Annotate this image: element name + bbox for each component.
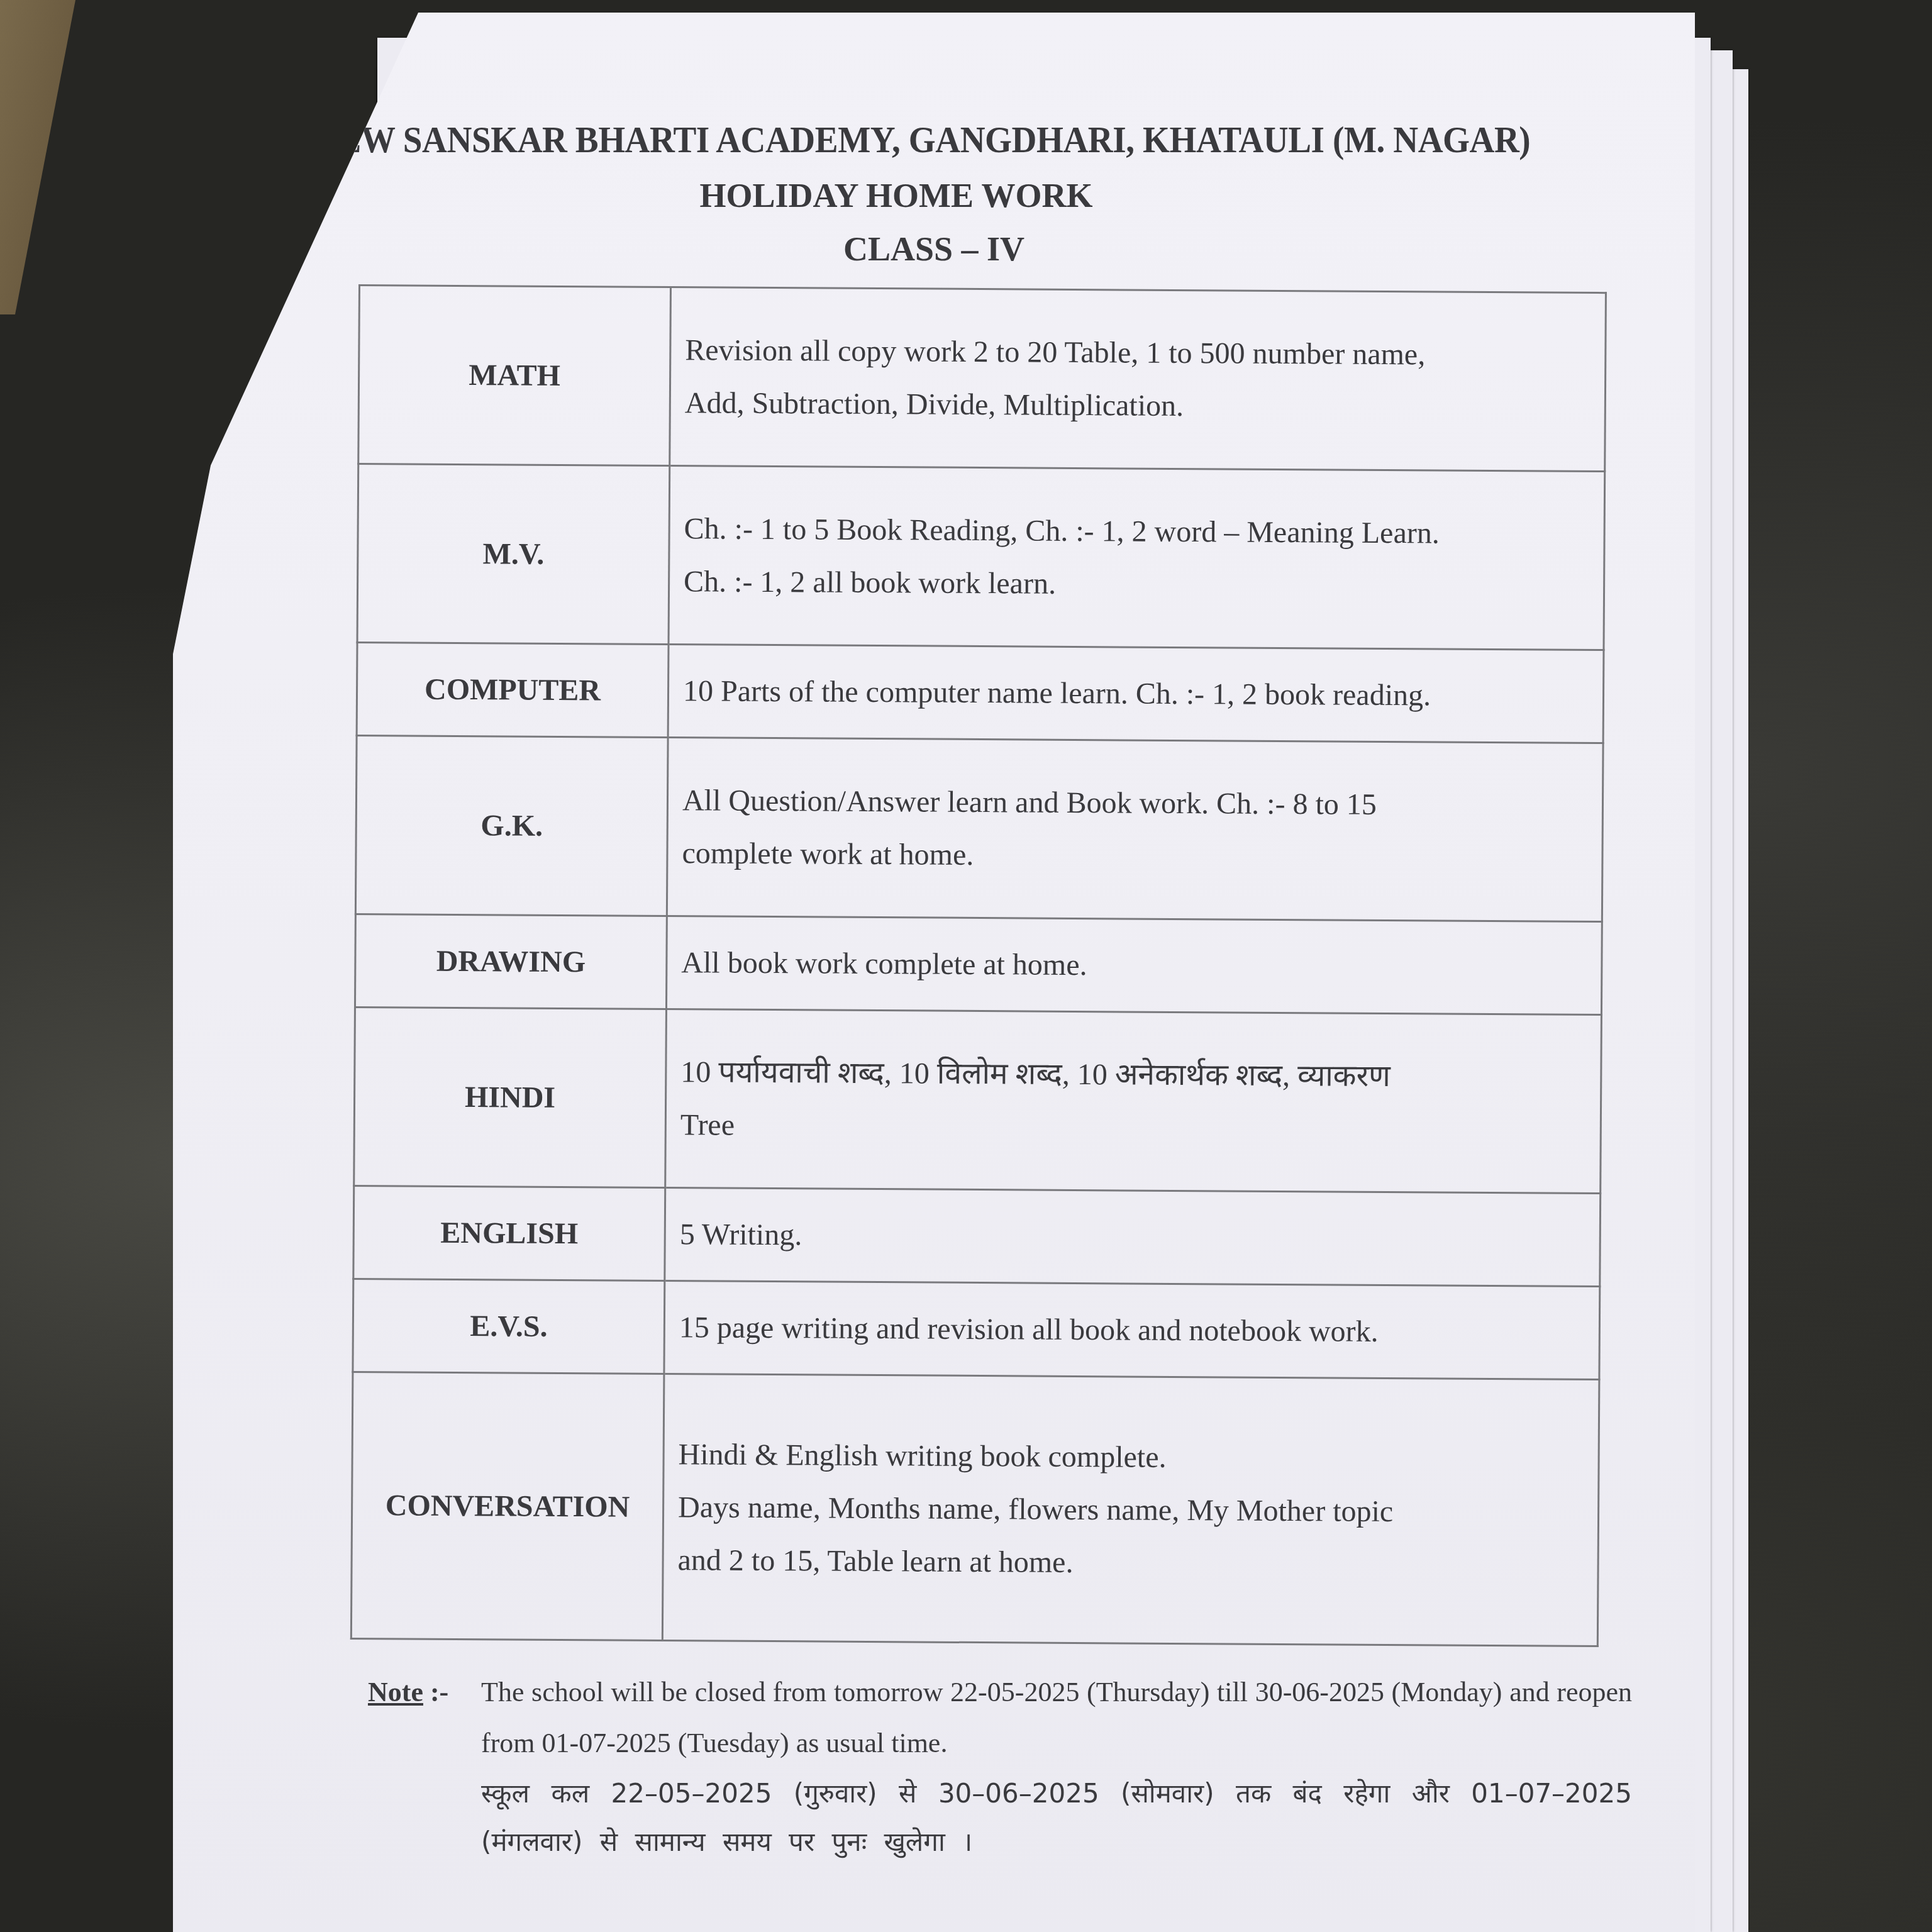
subject-cell: COMPUTER [357, 643, 669, 738]
note-label: Note :- [368, 1667, 448, 1718]
table-row: M.V.Ch. :- 1 to 5 Book Reading, Ch. :- 1… [357, 464, 1605, 650]
task-cell: 15 page writing and revision all book an… [664, 1281, 1600, 1380]
task-line: 15 page writing and revision all book an… [679, 1301, 1587, 1360]
subject-cell: CONVERSATION [351, 1372, 664, 1641]
task-line: All Question/Answer learn and Book work.… [682, 774, 1591, 833]
task-line: Ch. :- 1 to 5 Book Reading, Ch. :- 1, 2 … [684, 502, 1592, 561]
task-line: Add, Subtraction, Divide, Multiplication… [685, 377, 1593, 435]
task-line: Days name, Months name, flowers name, My… [678, 1481, 1586, 1540]
document-title: HOLIDAY HOME WORK [135, 176, 1657, 215]
table-row: ENGLISH5 Writing. [353, 1186, 1601, 1287]
table-row: MATHRevision all copy work 2 to 20 Table… [358, 286, 1606, 472]
subject-cell: DRAWING [355, 914, 667, 1009]
task-line: 10 पर्यायवाची शब्द, 10 विलोम शब्द, 10 अन… [680, 1046, 1589, 1104]
task-cell: Hindi & English writing book complete.Da… [662, 1374, 1599, 1646]
subject-cell: MATH [358, 286, 671, 466]
note-hindi-text: स्कूल कल 22–05–2025 (गुरुवार) से 30–06–2… [481, 1769, 1632, 1867]
closure-note: Note :- The school will be closed from t… [368, 1667, 1632, 1867]
subject-cell: HINDI [354, 1008, 667, 1188]
class-label: CLASS – IV [173, 230, 1695, 269]
task-line: Revision all copy work 2 to 20 Table, 1 … [685, 324, 1593, 382]
subject-cell: M.V. [357, 464, 670, 645]
task-cell: Ch. :- 1 to 5 Book Reading, Ch. :- 1, 2 … [669, 466, 1605, 650]
task-line: and 2 to 15, Table learn at home. [677, 1534, 1585, 1592]
subject-cell: E.V.S. [353, 1279, 665, 1374]
task-cell: All Question/Answer learn and Book work.… [667, 738, 1603, 922]
task-line: Tree [680, 1099, 1589, 1157]
table-row: COMPUTER10 Parts of the computer name le… [357, 643, 1604, 743]
table-row: HINDI10 पर्यायवाची शब्द, 10 विलोम शब्द, … [354, 1008, 1602, 1194]
table-row: DRAWINGAll book work complete at home. [355, 914, 1602, 1015]
task-cell: Revision all copy work 2 to 20 Table, 1 … [670, 287, 1606, 472]
table-row: G.K.All Question/Answer learn and Book w… [355, 736, 1603, 922]
task-line: Ch. :- 1, 2 all book work learn. [684, 555, 1592, 614]
task-cell: All book work complete at home. [666, 916, 1602, 1015]
task-line: All book work complete at home. [681, 936, 1589, 995]
task-cell: 5 Writing. [665, 1188, 1601, 1287]
task-cell: 10 Parts of the computer name learn. Ch.… [668, 645, 1604, 743]
homework-table: MATHRevision all copy work 2 to 20 Table… [350, 284, 1607, 1647]
task-line: 10 Parts of the computer name learn. Ch.… [683, 665, 1591, 723]
homework-sheet: NEW SANSKAR BHARTI ACADEMY, GANGDHARI, K… [173, 13, 1695, 1932]
task-line: complete work at home. [682, 827, 1590, 885]
task-cell: 10 पर्यायवाची शब्द, 10 विलोम शब्द, 10 अन… [665, 1009, 1602, 1194]
table-row: E.V.S.15 page writing and revision all b… [353, 1279, 1600, 1380]
task-line: Hindi & English writing book complete. [678, 1428, 1586, 1487]
table-row: CONVERSATIONHindi & English writing book… [351, 1372, 1599, 1646]
school-name: NEW SANSKAR BHARTI ACADEMY, GANGDHARI, K… [221, 118, 1621, 162]
subject-cell: G.K. [355, 736, 668, 916]
task-line: 5 Writing. [680, 1208, 1588, 1267]
note-english-text: The school will be closed from tomorrow … [481, 1667, 1632, 1769]
subject-cell: ENGLISH [353, 1186, 665, 1281]
